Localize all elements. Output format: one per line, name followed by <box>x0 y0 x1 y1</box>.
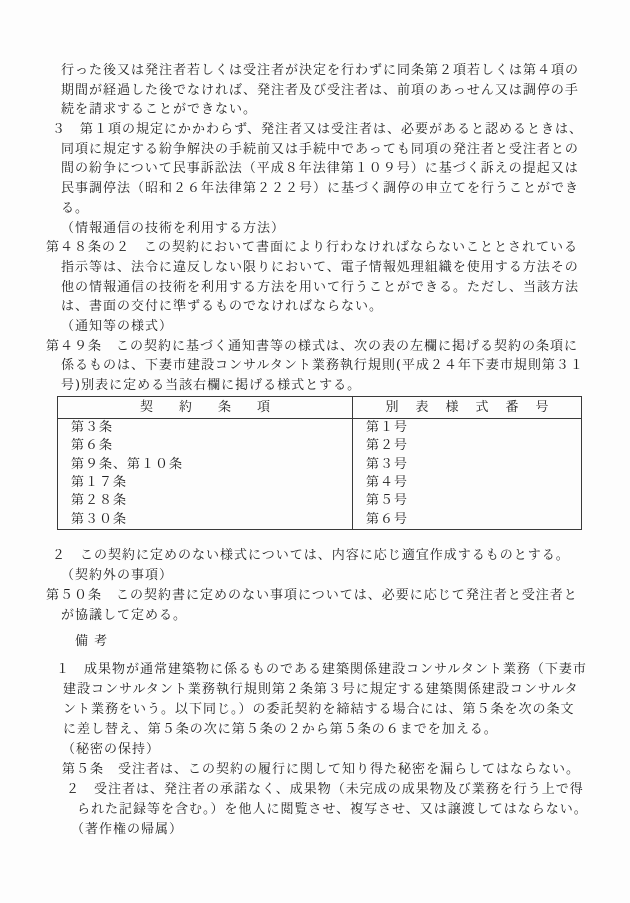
table-cell: 第３号 <box>353 456 582 474</box>
text-line: ２ この契約に定めのない様式については、内容に応じ適宜作成するものとする。 <box>46 546 620 566</box>
text-line: 間の紛争について民事訴訟法（平成８年法律第１０９号）に基づく訴えの提起又は <box>46 159 620 179</box>
text-line: 他の情報通信の技術を利用する方法を用いて行うことができる。ただし、当該方法 <box>46 278 620 298</box>
text-line: 民事調停法（昭和２６年法律第２２２号）に基づく調停の申立てを行うことができ <box>46 179 620 199</box>
table-cell: 第２号 <box>353 437 582 455</box>
text-line: が協議して定める。 <box>46 606 620 626</box>
text-line: は、書面の交付に準ずるものでなければならない。 <box>46 297 620 317</box>
table-row: 第２８条第５号 <box>58 492 582 510</box>
clause-form-mapping-table: 契約条項 別表様式番号 第３条第１号第６条第２号第９条、第１０条第３号第１７条第… <box>57 396 582 530</box>
text-line: 期間が経過した後でなければ、発注者及び受注者は、前項のあっせん又は調停の手 <box>46 81 620 101</box>
text-line: ２ 受注者は、発注者の承諾なく、成果物（未完成の成果物及び業務を行う上で得 <box>46 780 620 800</box>
text-line: 第５条 受注者は、この契約の履行に関して知り得た秘密を漏らしてはならない。 <box>46 760 620 780</box>
text-line: 号)別表に定める当該右欄に掲げる様式とする。 <box>46 376 620 396</box>
table-cell: 第３０条 <box>58 511 353 530</box>
contract-text-lower: ２ この契約に定めのない様式については、内容に応じ適宜作成するものとする。（契約… <box>0 546 630 840</box>
column-header-appendix-form-number: 別表様式番号 <box>353 396 582 418</box>
table-body: 第３条第１号第６条第２号第９条、第１０条第３号第１７条第４号第２８条第５号第３０… <box>58 418 582 529</box>
document-page: 行った後又は発注者若しくは受注者が決定を行わずに同条第２項若しくは第４項の期間が… <box>0 0 630 903</box>
text-line: 第４９条 この契約に基づく通知書等の様式は、次の表の左欄に掲げる契約の条項に <box>46 337 620 357</box>
column-header-contract-clause: 契約条項 <box>58 396 353 418</box>
text-line: 第４８条の２ この契約において書面により行わなければならないこととされている <box>46 238 620 258</box>
text-line: 第５０条 この契約書に定めのない事項については、必要に応じて発注者と受注者と <box>46 586 620 606</box>
text-line: （情報通信の技術を利用する方法） <box>46 219 620 239</box>
text-line: 続を請求することができない。 <box>46 100 620 120</box>
text-line: （秘密の保持） <box>46 740 620 760</box>
table-cell: 第３条 <box>58 418 353 437</box>
text-line: 指示等は、法令に違反しない限りにおいて、電子情報処理組織を使用する方法その <box>46 258 620 278</box>
table-row: 第６条第２号 <box>58 437 582 455</box>
text-line: 同項に規定する紛争解決の手続前又は手続中であっても同項の発注者と受注者との <box>46 140 620 160</box>
text-line: 建設コンサルタント業務執行規則第２条第３号に規定する建築関係建設コンサルタ <box>46 680 620 700</box>
text-line: １ 成果物が通常建築物に係るものである建築関係建設コンサルタント業務（下妻市 <box>46 660 620 680</box>
table-header-row: 契約条項 別表様式番号 <box>58 396 582 418</box>
text-line: 行った後又は発注者若しくは受注者が決定を行わずに同条第２項若しくは第４項の <box>46 61 620 81</box>
table-cell: 第５号 <box>353 492 582 510</box>
text-line: ３ 第１項の規定にかかわらず、発注者又は受注者は、必要があると認めるときは、 <box>46 120 620 140</box>
table-cell: 第１号 <box>353 418 582 437</box>
text-line: （契約外の事項） <box>46 566 620 586</box>
text-line: られた記録等を含む。）を他人に閲覧させ、複写させ、又は譲渡してはならない。 <box>46 800 620 820</box>
table-row: 第９条、第１０条第３号 <box>58 456 582 474</box>
text-line: に差し替え、第５条の次に第５条の２から第５条の６までを加える。 <box>46 720 620 740</box>
table-row: 第１７条第４号 <box>58 474 582 492</box>
contract-text-upper: 行った後又は発注者若しくは受注者が決定を行わずに同条第２項若しくは第４項の期間が… <box>0 0 630 396</box>
text-line: ント業務をいう。以下同じ。）の委託契約を締結する場合には、第５条を次の条文 <box>46 700 620 720</box>
text-line: 備 考 <box>46 632 620 652</box>
table-cell: 第１７条 <box>58 474 353 492</box>
text-line: （著作権の帰属） <box>46 820 620 840</box>
text-line: る。 <box>46 199 620 219</box>
table-row: 第３条第１号 <box>58 418 582 437</box>
text-line: 係るものは、下妻市建設コンサルタント業務執行規則(平成２４年下妻市規則第３１ <box>46 356 620 376</box>
table-row: 第３０条第６号 <box>58 511 582 530</box>
table-cell: 第６条 <box>58 437 353 455</box>
table-cell: 第４号 <box>353 474 582 492</box>
table-cell: 第９条、第１０条 <box>58 456 353 474</box>
table-cell: 第６号 <box>353 511 582 530</box>
table-cell: 第２８条 <box>58 492 353 510</box>
text-line: （通知等の様式） <box>46 317 620 337</box>
